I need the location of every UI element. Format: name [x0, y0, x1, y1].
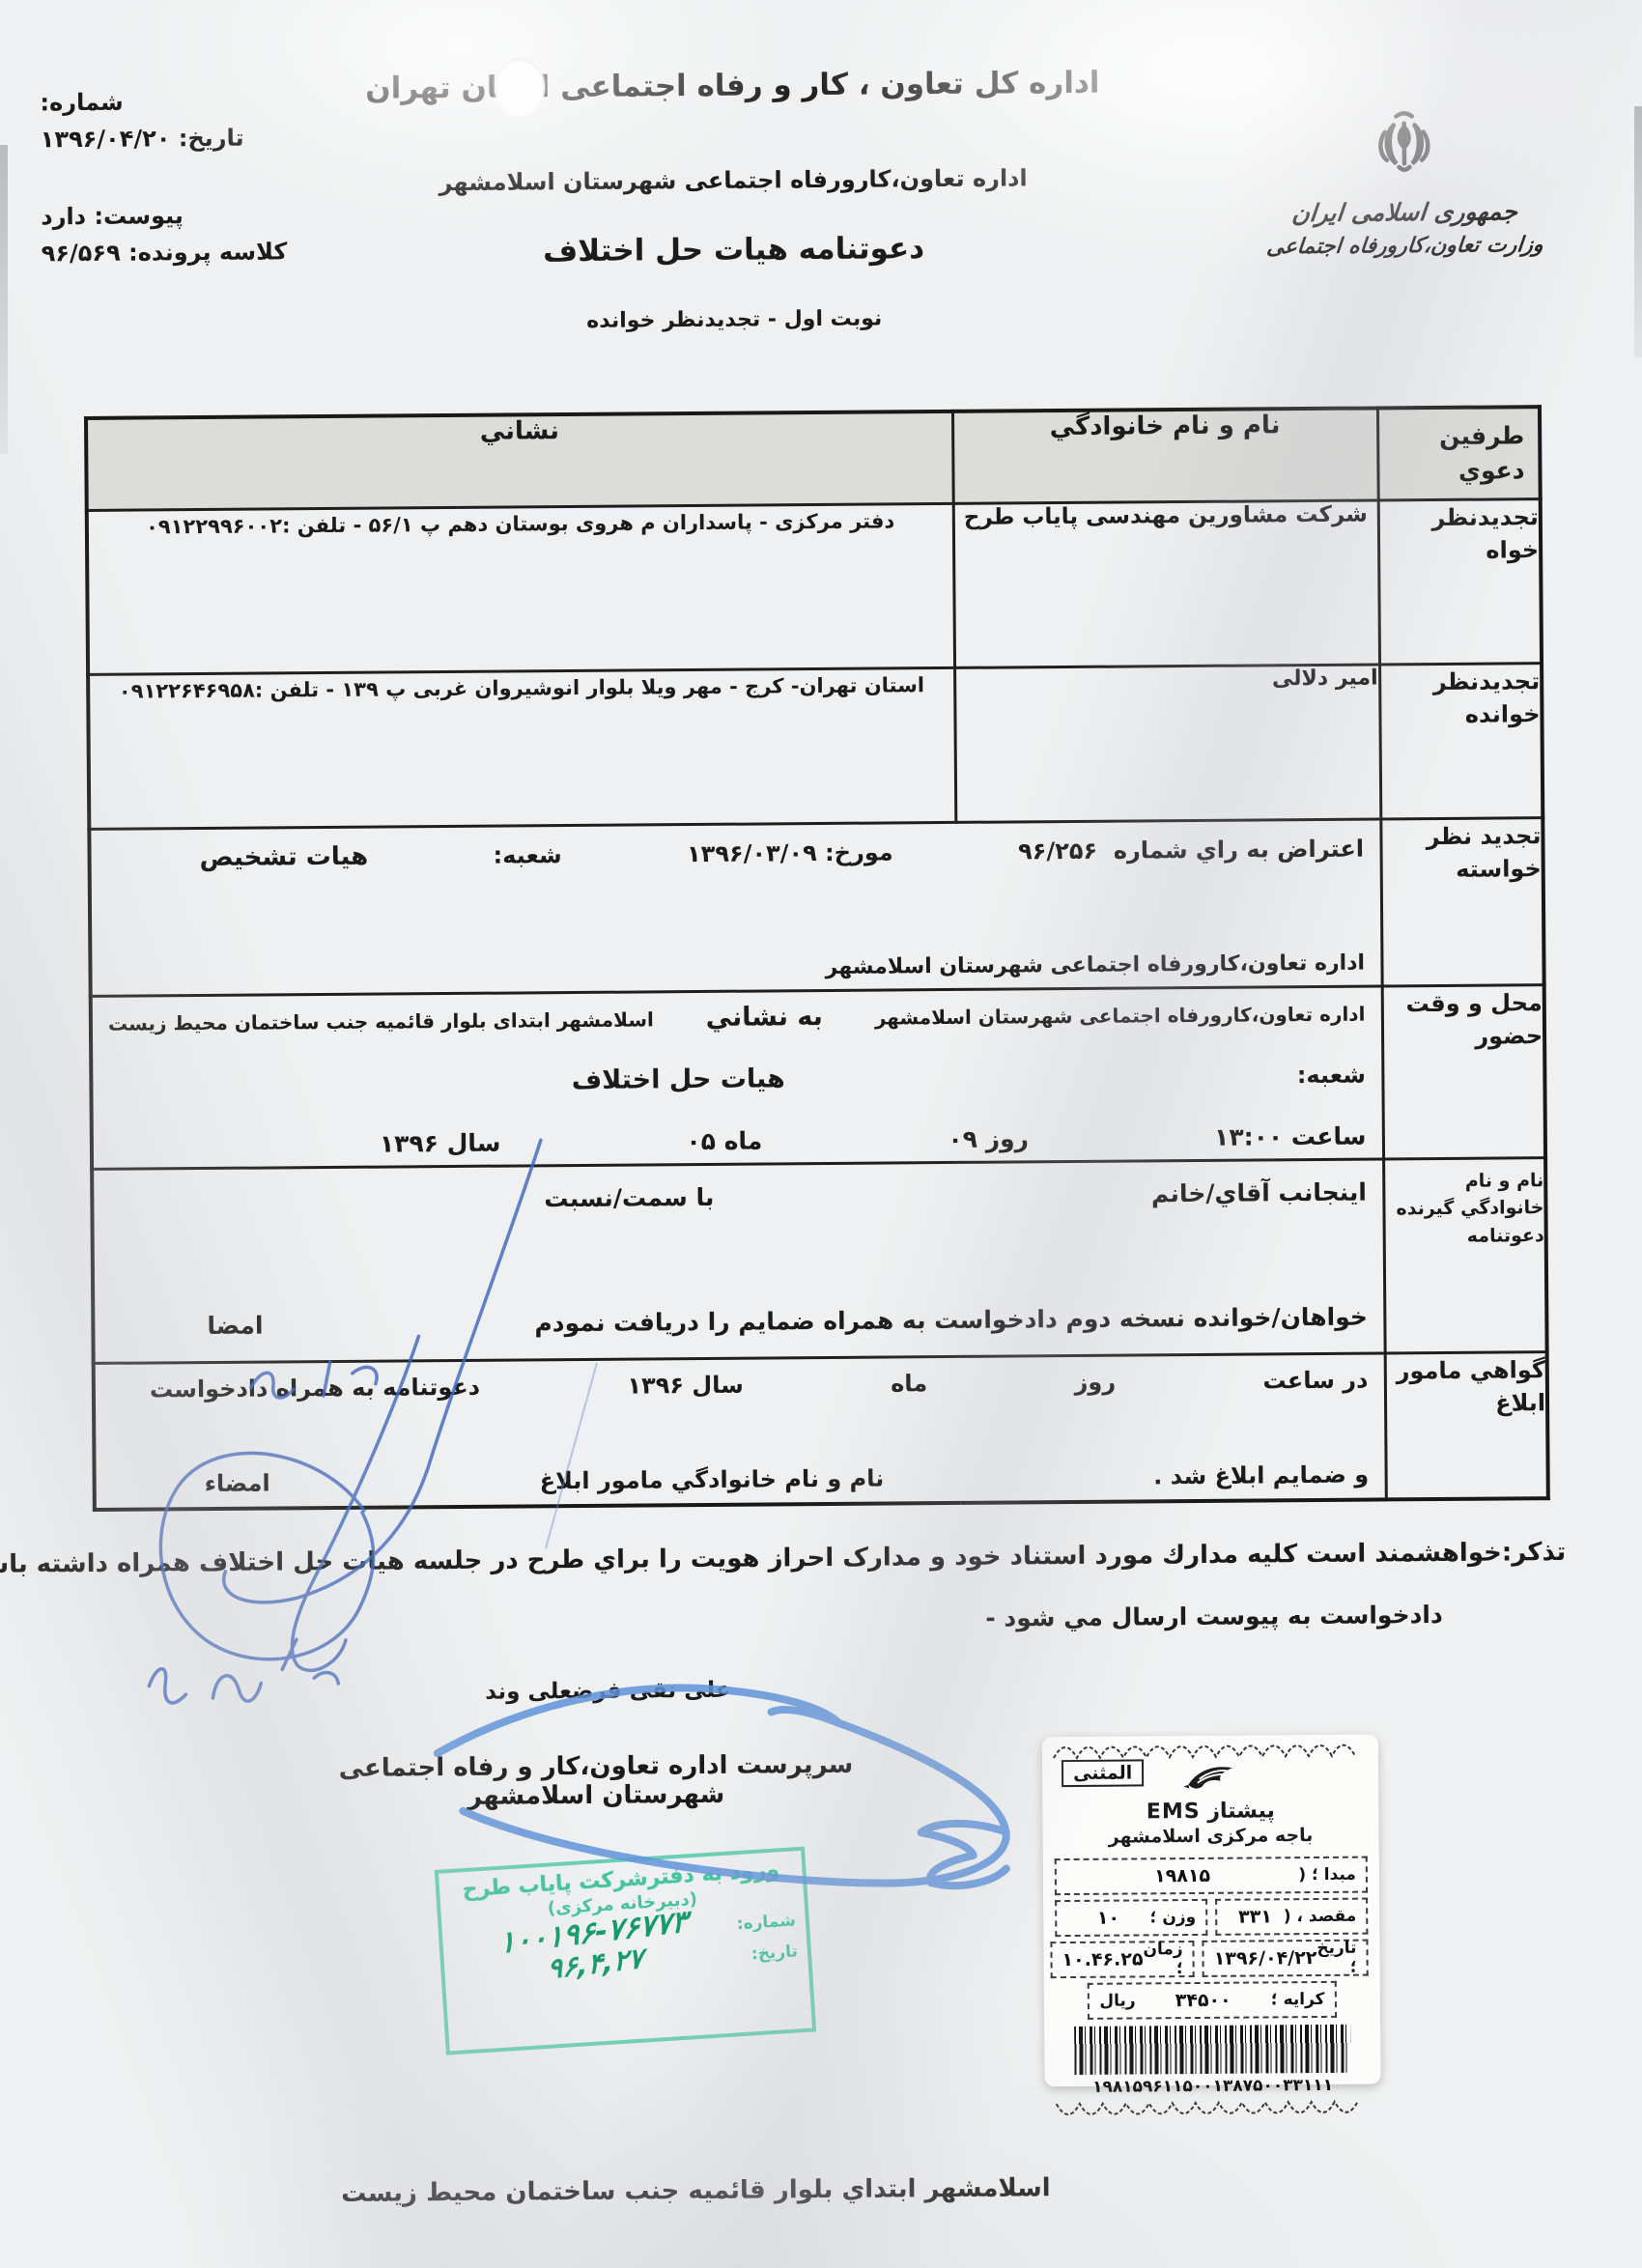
letter-number-label: شماره:: [40, 89, 124, 117]
mail-date-value: ۱۳۹۶/۰۴/۲۲: [1214, 1947, 1317, 1970]
barcode: [1074, 2025, 1350, 2075]
duplicate-badge: المثنی: [1062, 1759, 1144, 1787]
receipt-scallop-top: [1051, 1739, 1370, 1761]
letter-number-line: شماره:: [40, 87, 305, 116]
scanned-document-page: شماره: تاریخ: ۱۳۹۶/۰۴/۲۰ پیوست: دارد کلا…: [0, 0, 1642, 2268]
hearing-year: سال ۱۳۹۶: [380, 1128, 501, 1157]
org-subtitle: اداره تعاون،کارورفاه اجتماعی شهرستان اسل…: [313, 163, 1153, 197]
mail-time-label: زمان ؛: [1143, 1940, 1183, 1978]
letter-meta-block: شماره: تاریخ: ۱۳۹۶/۰۴/۲۰ پیوست: دارد کلا…: [40, 87, 307, 276]
officer-day: روز: [1074, 1368, 1116, 1395]
hearing-branch-label: شعبه:: [1297, 1062, 1366, 1090]
punch-hole: [495, 58, 545, 116]
mail-date-field: تاریخ ؛ ۱۳۹۶/۰۴/۲۲: [1203, 1940, 1369, 1977]
officer-name-label: نام و نام خانوادگي مامور ابلاغ: [540, 1464, 885, 1494]
officer-year: سال ۱۳۹۶: [627, 1371, 744, 1399]
attachment-note: دادخواست به پیوست ارسال مي شود -: [985, 1601, 1443, 1632]
officer-month: ماه: [891, 1370, 927, 1397]
attachment-label: پیوست:: [94, 202, 184, 230]
document-content: شماره: تاریخ: ۱۳۹۶/۰۴/۲۰ پیوست: دارد کلا…: [0, 0, 1642, 2268]
destination-label: مقصد ، (: [1284, 1907, 1357, 1927]
officer-cell: در ساعت روز ماه سال ۱۳۹۶ دعوتنامه به همر…: [94, 1352, 1386, 1509]
branch-value: هیات تشخیص: [199, 841, 368, 871]
recipient-row: نام و نام خانوادگي گیرنده دعوتنامه اینجا…: [92, 1157, 1547, 1363]
attachment-value: دارد: [41, 203, 86, 230]
objection-text: اعتراض به راي شماره ۹۶/۲۵۶: [1018, 835, 1364, 865]
receipt-office-name: باجه مرکزی اسلامشهر: [1042, 1824, 1378, 1848]
mail-time-value: ۱۰.۴۶.۲۵: [1062, 1948, 1143, 1970]
appellant-row: تجدیدنظر خواه شرکت مشاورین مهندسی پایاب …: [87, 498, 1542, 674]
hearing-row: محل و وقت حضور اداره تعاون،کارورفاه اجتم…: [91, 984, 1545, 1169]
appeal-subject-label: تجدید نظر خواسته: [1380, 817, 1543, 985]
letter-attachment-line: پیوست: دارد: [41, 201, 306, 230]
letter-date-value: ۱۳۹۶/۰۴/۲۰: [41, 125, 171, 153]
appellant-label: تجدیدنظر خواه: [1378, 498, 1542, 664]
col-name-header: نام و نام خانوادگي: [952, 408, 1378, 502]
reminder-note: تذکر:خواهشمند است کلیه مدارك مورد استناد…: [0, 1538, 1566, 1579]
appellee-row: تجدیدنظر خوانده امیر دلالی استان تهران- …: [88, 663, 1543, 829]
officer-signature-label: امضاء: [205, 1469, 270, 1497]
mail-date-label: تاریخ ؛: [1316, 1939, 1357, 1977]
appellee-label: تجدیدنظر خوانده: [1379, 663, 1543, 818]
recipient-line1-left: با سمت/نسبت: [544, 1182, 714, 1211]
hearing-time: ساعت ۱۳:۰۰: [1214, 1121, 1366, 1150]
issuing-office: اداره تعاون،کارورفاه اجتماعی شهرستان اسل…: [107, 950, 1365, 984]
document-subtitle: نوبت اول - تجدیدنظر خوانده: [314, 304, 1154, 335]
fare-value: ۳۴۵۰۰: [1136, 1989, 1271, 2011]
stamp-date-label: تاریخ:: [735, 1942, 798, 1965]
appellant-name: شرکت مشاورین مهندسی پایاب طرح: [953, 499, 1379, 666]
letterhead-emblem-block: جمهوری اسلامی ایران وزارت تعاون،کارورفاه…: [1250, 108, 1560, 260]
hearing-cell: اداره تعاون،کارورفاه اجتماعی شهرستان اسل…: [91, 985, 1383, 1168]
receipt-service-name: پیشتاز EMS: [1042, 1798, 1378, 1825]
branch-label: شعبه:: [493, 841, 561, 869]
footer-address: اسلامشهر ابتداي بلوار قائمیه جنب ساختمان…: [319, 2173, 1072, 2208]
weight-label: وزن ؛: [1150, 1908, 1197, 1927]
iran-emblem-icon: [1360, 109, 1450, 184]
origin-field: مبدا ؛ ( ۱۹۸۱۵: [1055, 1857, 1368, 1896]
appellee-address: استان تهران- کرج - مهر ویلا بلوار انوشیر…: [88, 667, 955, 829]
appeal-subject-cell: اعتراض به راي شماره ۹۶/۲۵۶ مورخ: ۱۳۹۶/۰۳…: [89, 818, 1381, 995]
table-header-row: طرفین دعوي نام و نام خانوادگي نشاني: [86, 407, 1541, 510]
stamp-number-label: شماره:: [733, 1911, 796, 1934]
officer-line2-right: و ضمایم ابلاغ شد .: [1153, 1460, 1369, 1489]
state-name: جمهوری اسلامی ایران: [1249, 197, 1561, 228]
officer-row: گواهي مامور ابلاغ در ساعت روز ماه سال ۱۳…: [94, 1351, 1548, 1509]
fare-unit: ریال: [1099, 1991, 1135, 2010]
hearing-office: اداره تعاون،کارورفاه اجتماعی شهرستان اسل…: [875, 1002, 1366, 1029]
verdict-number: ۹۶/۲۵۶: [1018, 836, 1097, 865]
appellant-address: دفتر مرکزی - پاسداران م هروی بوستان دهم …: [87, 503, 954, 674]
hearing-branch-value: هیات حل اختلاف: [572, 1063, 785, 1095]
letter-date-label: تاریخ:: [179, 125, 244, 153]
document-title: دعوتنامه هیات حل اختلاف: [314, 229, 1154, 270]
summons-table: طرفین دعوي نام و نام خانوادگي نشاني تجدی…: [84, 405, 1550, 1511]
barcode-number: ۱۹۸۱۵۹۶۱۱۵۰۰۱۳۸۷۵۰۰۳۳۱۱۱: [1045, 2075, 1381, 2097]
col-party-header: طرفین دعوي: [1377, 407, 1541, 499]
destination-field: مقصد ، ( ۳۳۱: [1215, 1898, 1368, 1936]
officer-delivered: دعوتنامه به همراه دادخواست: [150, 1373, 480, 1403]
letter-date-line: تاریخ: ۱۳۹۶/۰۴/۲۰: [41, 124, 306, 153]
hearing-label: محل و وقت حضور: [1382, 984, 1545, 1158]
ems-postal-receipt: المثنی پیشتاز EMS باجه مرکزی اسلامشهر مب…: [1042, 1734, 1381, 2086]
case-value: ۹۶/۵۶۹: [42, 240, 121, 268]
officer-label: گواهي مامور ابلاغ: [1385, 1351, 1548, 1499]
org-title: اداره کل تعاون ، کار و رفاه اجتماعی استا…: [312, 65, 1152, 106]
company-entry-stamp: ورود به دفترشرکت پایاب طرح (دبیرخانه مرک…: [435, 1847, 816, 2055]
verdict-date: مورخ: ۱۳۹۶/۰۳/۰۹: [687, 838, 893, 867]
hearing-address-value: اسلامشهر ابتدای بلوار قائمیه جنب ساختمان…: [108, 1007, 654, 1035]
letterhead-center: اداره کل تعاون ، کار و رفاه اجتماعی استا…: [312, 65, 1154, 335]
hearing-day: روز ۰۹: [948, 1124, 1029, 1153]
recipient-cell: اینجانب آقاي/خانم با سمت/نسبت خواهان/خوا…: [92, 1158, 1385, 1362]
fare-label: کرایه ؛: [1271, 1990, 1325, 2009]
fare-field: کرایه ؛ ۳۴۵۰۰ ریال: [1088, 1981, 1337, 2020]
origin-value: ۱۹۸۱۵: [1066, 1864, 1299, 1887]
recipient-line1-right: اینجانب آقاي/خانم: [1151, 1177, 1367, 1207]
recipient-statement: خواهان/خوانده نسخه دوم دادخواست به همراه…: [534, 1302, 1368, 1337]
col-address-header: نشاني: [86, 411, 953, 510]
signatory-name: علی نقی فرضعلی وند: [448, 1677, 767, 1705]
weight-field: وزن ؛ ۱۰: [1055, 1899, 1207, 1937]
postal-dove-icon: [1182, 1761, 1238, 1796]
officer-at-time: در ساعت: [1262, 1366, 1368, 1394]
mail-time-field: زمان ؛ ۱۰.۴۶.۲۵: [1050, 1941, 1195, 1978]
appeal-subject-row: تجدید نظر خواسته اعتراض به راي شماره ۹۶/…: [89, 817, 1543, 996]
origin-label: مبدا ؛ (: [1298, 1865, 1356, 1885]
case-number-line: کلاسه پرونده: ۹۶/۵۶۹: [42, 238, 307, 267]
recipient-label: نام و نام خانوادگي گیرنده دعوتنامه: [1383, 1157, 1547, 1352]
ministry-name: وزارت تعاون،کارورفاه اجتماعی: [1249, 233, 1560, 260]
destination-value: ۳۳۱: [1227, 1906, 1284, 1927]
weight-value: ۱۰: [1066, 1907, 1150, 1929]
hearing-address-label: به نشاني: [706, 1001, 823, 1032]
signatory-title: سرپرست اداره تعاون،کار و رفاه اجتماعی شه…: [287, 1749, 905, 1812]
appellee-name: امیر دلالی: [954, 664, 1380, 821]
case-label: کلاسه پرونده:: [128, 238, 287, 266]
recipient-signature-label: امضا: [207, 1311, 263, 1339]
receipt-scallop-bottom: [1054, 2099, 1373, 2121]
hearing-month: ماه ۰۵: [686, 1126, 762, 1155]
